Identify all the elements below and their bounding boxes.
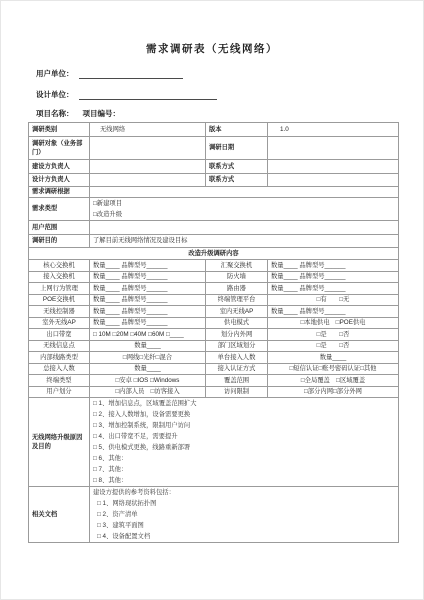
checkbox-option-group[interactable]: □全局覆盖 □区域覆盖 <box>268 375 399 387</box>
row-label: 单台接入人数 <box>206 352 268 364</box>
row-label: 接入交换机 <box>29 271 90 283</box>
fill-in-field[interactable]: 数量____ <box>90 363 206 375</box>
fill-in-field[interactable]: 数量____ 品牌型号______ <box>90 260 206 272</box>
checkbox-option-group[interactable]: □有 □无 <box>268 294 399 306</box>
row-label: 用户范围 <box>29 221 90 235</box>
checkbox-option[interactable]: □改造升级 <box>93 209 395 220</box>
table-row: 用户范围 <box>29 221 399 235</box>
row-label: 调研日期 <box>206 137 268 160</box>
row-label: 版本 <box>206 123 268 137</box>
row-value[interactable]: 了解目前无线网络情况及建设目标 <box>90 235 399 248</box>
row-label: 联系方式 <box>206 160 268 174</box>
row-label: 联系方式 <box>206 174 268 187</box>
checkbox-option-group[interactable]: □ 10M □20M □40M □60M □____ <box>90 329 206 341</box>
checkbox-option[interactable]: □ 2、接入人数增加，设备需要更换 <box>93 409 395 420</box>
fill-in-field[interactable]: 数量____ 品牌型号______ <box>268 260 399 272</box>
document-page: 需求调研表（无线网络） 用户单位： 设计单位： 项目名称：项目编号： 调研类别 … <box>0 0 424 600</box>
row-label: 划分内外网 <box>206 329 268 341</box>
row-label: 无线信息点 <box>29 340 90 352</box>
fill-in-field[interactable]: 数量____ 品牌型号______ <box>90 294 206 306</box>
design-unit-input[interactable] <box>79 92 217 100</box>
row-value[interactable]: 无线网络 <box>90 123 206 137</box>
row-label: 建设方负责人 <box>29 160 90 174</box>
row-label: 路由器 <box>206 283 268 295</box>
checkbox-option-group[interactable]: □内部人员 □访客接入 <box>90 386 206 398</box>
row-label: 无线网络升级原因及目的 <box>29 398 90 487</box>
row-label: 调研对象（业务部门） <box>29 137 90 160</box>
table-row: 终端类型 □安卓 □IOS □Windows 覆盖范围 □全局覆盖 □区域覆盖 <box>29 375 399 387</box>
related-docs-cell: 建设方提供的参考资料包括： □ 1、网络现状拓扑图 □ 2、资产清单 □ 3、建… <box>90 487 399 543</box>
row-value[interactable] <box>90 137 206 160</box>
checkbox-option[interactable]: □新建项目 <box>93 198 395 209</box>
row-value[interactable]: 1.0 <box>268 123 399 137</box>
row-label: 出口带宽 <box>29 329 90 341</box>
requirement-type-cell: □新建项目 □改造升级 <box>90 198 399 221</box>
checkbox-option[interactable]: □ 1、网络现状拓扑图 <box>93 498 395 509</box>
table-row: 总接入人数 数量____ 接入认证方式 □短信认证□账号密码认证□其他 <box>29 363 399 375</box>
checkbox-option-group[interactable]: □部分内网□部分外网 <box>268 386 399 398</box>
checkbox-option[interactable]: □ 6、其他： <box>93 453 395 464</box>
checkbox-option[interactable]: □ 4、设备配置文档 <box>93 531 395 542</box>
row-label: 上网行为管理 <box>29 283 90 295</box>
row-value[interactable] <box>90 221 399 235</box>
table-row: 调研类别 无线网络 版本 1.0 <box>29 123 399 137</box>
table-row: 无线控制器 数量____ 品牌型号______ 室内无线AP 数量____ 品牌… <box>29 306 399 318</box>
section-header: 改造升级调研内容 <box>29 248 399 260</box>
table-row: 设计方负责人 联系方式 <box>29 174 399 187</box>
fill-in-field[interactable]: 数量____ <box>268 352 399 364</box>
row-label: 总接入人数 <box>29 363 90 375</box>
row-label: 室外无线AP <box>29 317 90 329</box>
table-row: 调研对象（业务部门） 调研日期 <box>29 137 399 160</box>
upgrade-reasons-cell: □ 1、增加信息点，区域覆盖范围扩大 □ 2、接入人数增加，设备需要更换 □ 3… <box>90 398 399 487</box>
checkbox-option-group[interactable]: □安卓 □IOS □Windows <box>90 375 206 387</box>
row-label: 内部线路类型 <box>29 352 90 364</box>
row-label: 访问限制 <box>206 386 268 398</box>
user-unit-label: 用户单位： <box>36 69 74 78</box>
table-row: 需求类型 □新建项目 □改造升级 <box>29 198 399 221</box>
table-row: 上网行为管理 数量____ 品牌型号______ 路由器 数量____ 品牌型号… <box>29 283 399 295</box>
table-row: 无线信息点 数量____ 部门区域划分 □是 □否 <box>29 340 399 352</box>
checkbox-option[interactable]: □ 5、供电模式更换，线路重新部署 <box>93 442 395 453</box>
table-row: POE交换机 数量____ 品牌型号______ 终端管理平台 □有 □无 <box>29 294 399 306</box>
row-label: 覆盖范围 <box>206 375 268 387</box>
table-row: 改造升级调研内容 <box>29 248 399 260</box>
table-row: 核心交换机 数量____ 品牌型号______ 汇聚交换机 数量____ 品牌型… <box>29 260 399 272</box>
checkbox-option[interactable]: □ 8、其他： <box>93 475 395 486</box>
fill-in-field[interactable]: 数量____ 品牌型号______ <box>268 271 399 283</box>
row-label: 调研目的 <box>29 235 90 248</box>
table-row: 建设方负责人 联系方式 <box>29 160 399 174</box>
table-row: 用户划分 □内部人员 □访客接入 访问限制 □部分内网□部分外网 <box>29 386 399 398</box>
row-label: 调研类别 <box>29 123 90 137</box>
table-row: 室外无线AP 数量____ 品牌型号______ 供电模式 □本地供电 □POE… <box>29 317 399 329</box>
table-row: 接入交换机 数量____ 品牌型号______ 防火墙 数量____ 品牌型号_… <box>29 271 399 283</box>
table-row: 内部线路类型 □网线□光纤□混合 单台接入人数 数量____ <box>29 352 399 364</box>
docs-intro: 建设方提供的参考资料包括： <box>93 487 395 498</box>
fill-in-field[interactable]: 数量____ 品牌型号______ <box>90 283 206 295</box>
user-unit-input[interactable] <box>79 71 183 79</box>
checkbox-option-group[interactable]: □本地供电 □POE供电 <box>268 317 399 329</box>
fill-in-field[interactable]: 数量____ 品牌型号______ <box>268 306 399 318</box>
design-unit-field: 设计单位： <box>36 89 217 100</box>
row-label: 用户划分 <box>29 386 90 398</box>
checkbox-option[interactable]: □ 3、增加控制系统，限制用户访问 <box>93 420 395 431</box>
row-label: 部门区域划分 <box>206 340 268 352</box>
row-label: 设计方负责人 <box>29 174 90 187</box>
table-row: 无线网络升级原因及目的 □ 1、增加信息点，区域覆盖范围扩大 □ 2、接入人数增… <box>29 398 399 487</box>
checkbox-option-group[interactable]: □网线□光纤□混合 <box>90 352 206 364</box>
table-row: 出口带宽 □ 10M □20M □40M □60M □____ 划分内外网 □是… <box>29 329 399 341</box>
project-no-label: 项目编号： <box>83 109 121 118</box>
project-name-label: 项目名称： <box>36 109 74 118</box>
row-label: 汇聚交换机 <box>206 260 268 272</box>
row-label: 接入认证方式 <box>206 363 268 375</box>
design-unit-label: 设计单位： <box>36 90 74 99</box>
row-label: 需求类型 <box>29 198 90 221</box>
document-title: 需求调研表（无线网络） <box>1 41 423 56</box>
row-label: 供电模式 <box>206 317 268 329</box>
fill-in-field[interactable]: 数量____ 品牌型号______ <box>90 317 206 329</box>
row-value[interactable] <box>268 137 399 160</box>
checkbox-option[interactable]: □ 4、出口带宽不足，需要提升 <box>93 431 395 442</box>
user-unit-field: 用户单位： <box>36 68 183 79</box>
checkbox-option-group[interactable]: □短信认证□账号密码认证□其他 <box>268 363 399 375</box>
row-label: 相关文档 <box>29 487 90 543</box>
fill-in-field[interactable]: 数量____ 品牌型号______ <box>90 271 206 283</box>
checkbox-option-group[interactable]: □是 □否 <box>268 340 399 352</box>
row-label: POE交换机 <box>29 294 90 306</box>
checkbox-option[interactable]: □ 1、增加信息点，区域覆盖范围扩大 <box>93 398 395 409</box>
survey-table: 调研类别 无线网络 版本 1.0 调研对象（业务部门） 调研日期 建设方负责人 … <box>28 122 399 543</box>
row-value[interactable] <box>268 174 399 187</box>
row-label: 防火墙 <box>206 271 268 283</box>
row-label: 终端管理平台 <box>206 294 268 306</box>
row-value[interactable] <box>90 187 399 198</box>
table-row: 调研目的 了解目前无线网络情况及建设目标 <box>29 235 399 248</box>
fill-in-field[interactable]: 数量____ <box>90 340 206 352</box>
table-row: 相关文档 建设方提供的参考资料包括： □ 1、网络现状拓扑图 □ 2、资产清单 … <box>29 487 399 543</box>
table-row: 需求调研根据 <box>29 187 399 198</box>
checkbox-option[interactable]: □ 3、建筑平面图 <box>93 520 395 531</box>
fill-in-field[interactable]: 数量____ 品牌型号______ <box>268 283 399 295</box>
row-value[interactable] <box>90 174 206 187</box>
row-label: 需求调研根据 <box>29 187 90 198</box>
checkbox-option[interactable]: □ 7、其他： <box>93 464 395 475</box>
row-label: 室内无线AP <box>206 306 268 318</box>
checkbox-option[interactable]: □ 2、资产清单 <box>93 509 395 520</box>
row-label: 无线控制器 <box>29 306 90 318</box>
row-value[interactable] <box>268 160 399 174</box>
project-field: 项目名称：项目编号： <box>36 108 120 119</box>
row-label: 终端类型 <box>29 375 90 387</box>
row-label: 核心交换机 <box>29 260 90 272</box>
fill-in-field[interactable]: 数量____ 品牌型号______ <box>90 306 206 318</box>
row-value[interactable] <box>90 160 206 174</box>
checkbox-option-group[interactable]: □是 □否 <box>268 329 399 341</box>
